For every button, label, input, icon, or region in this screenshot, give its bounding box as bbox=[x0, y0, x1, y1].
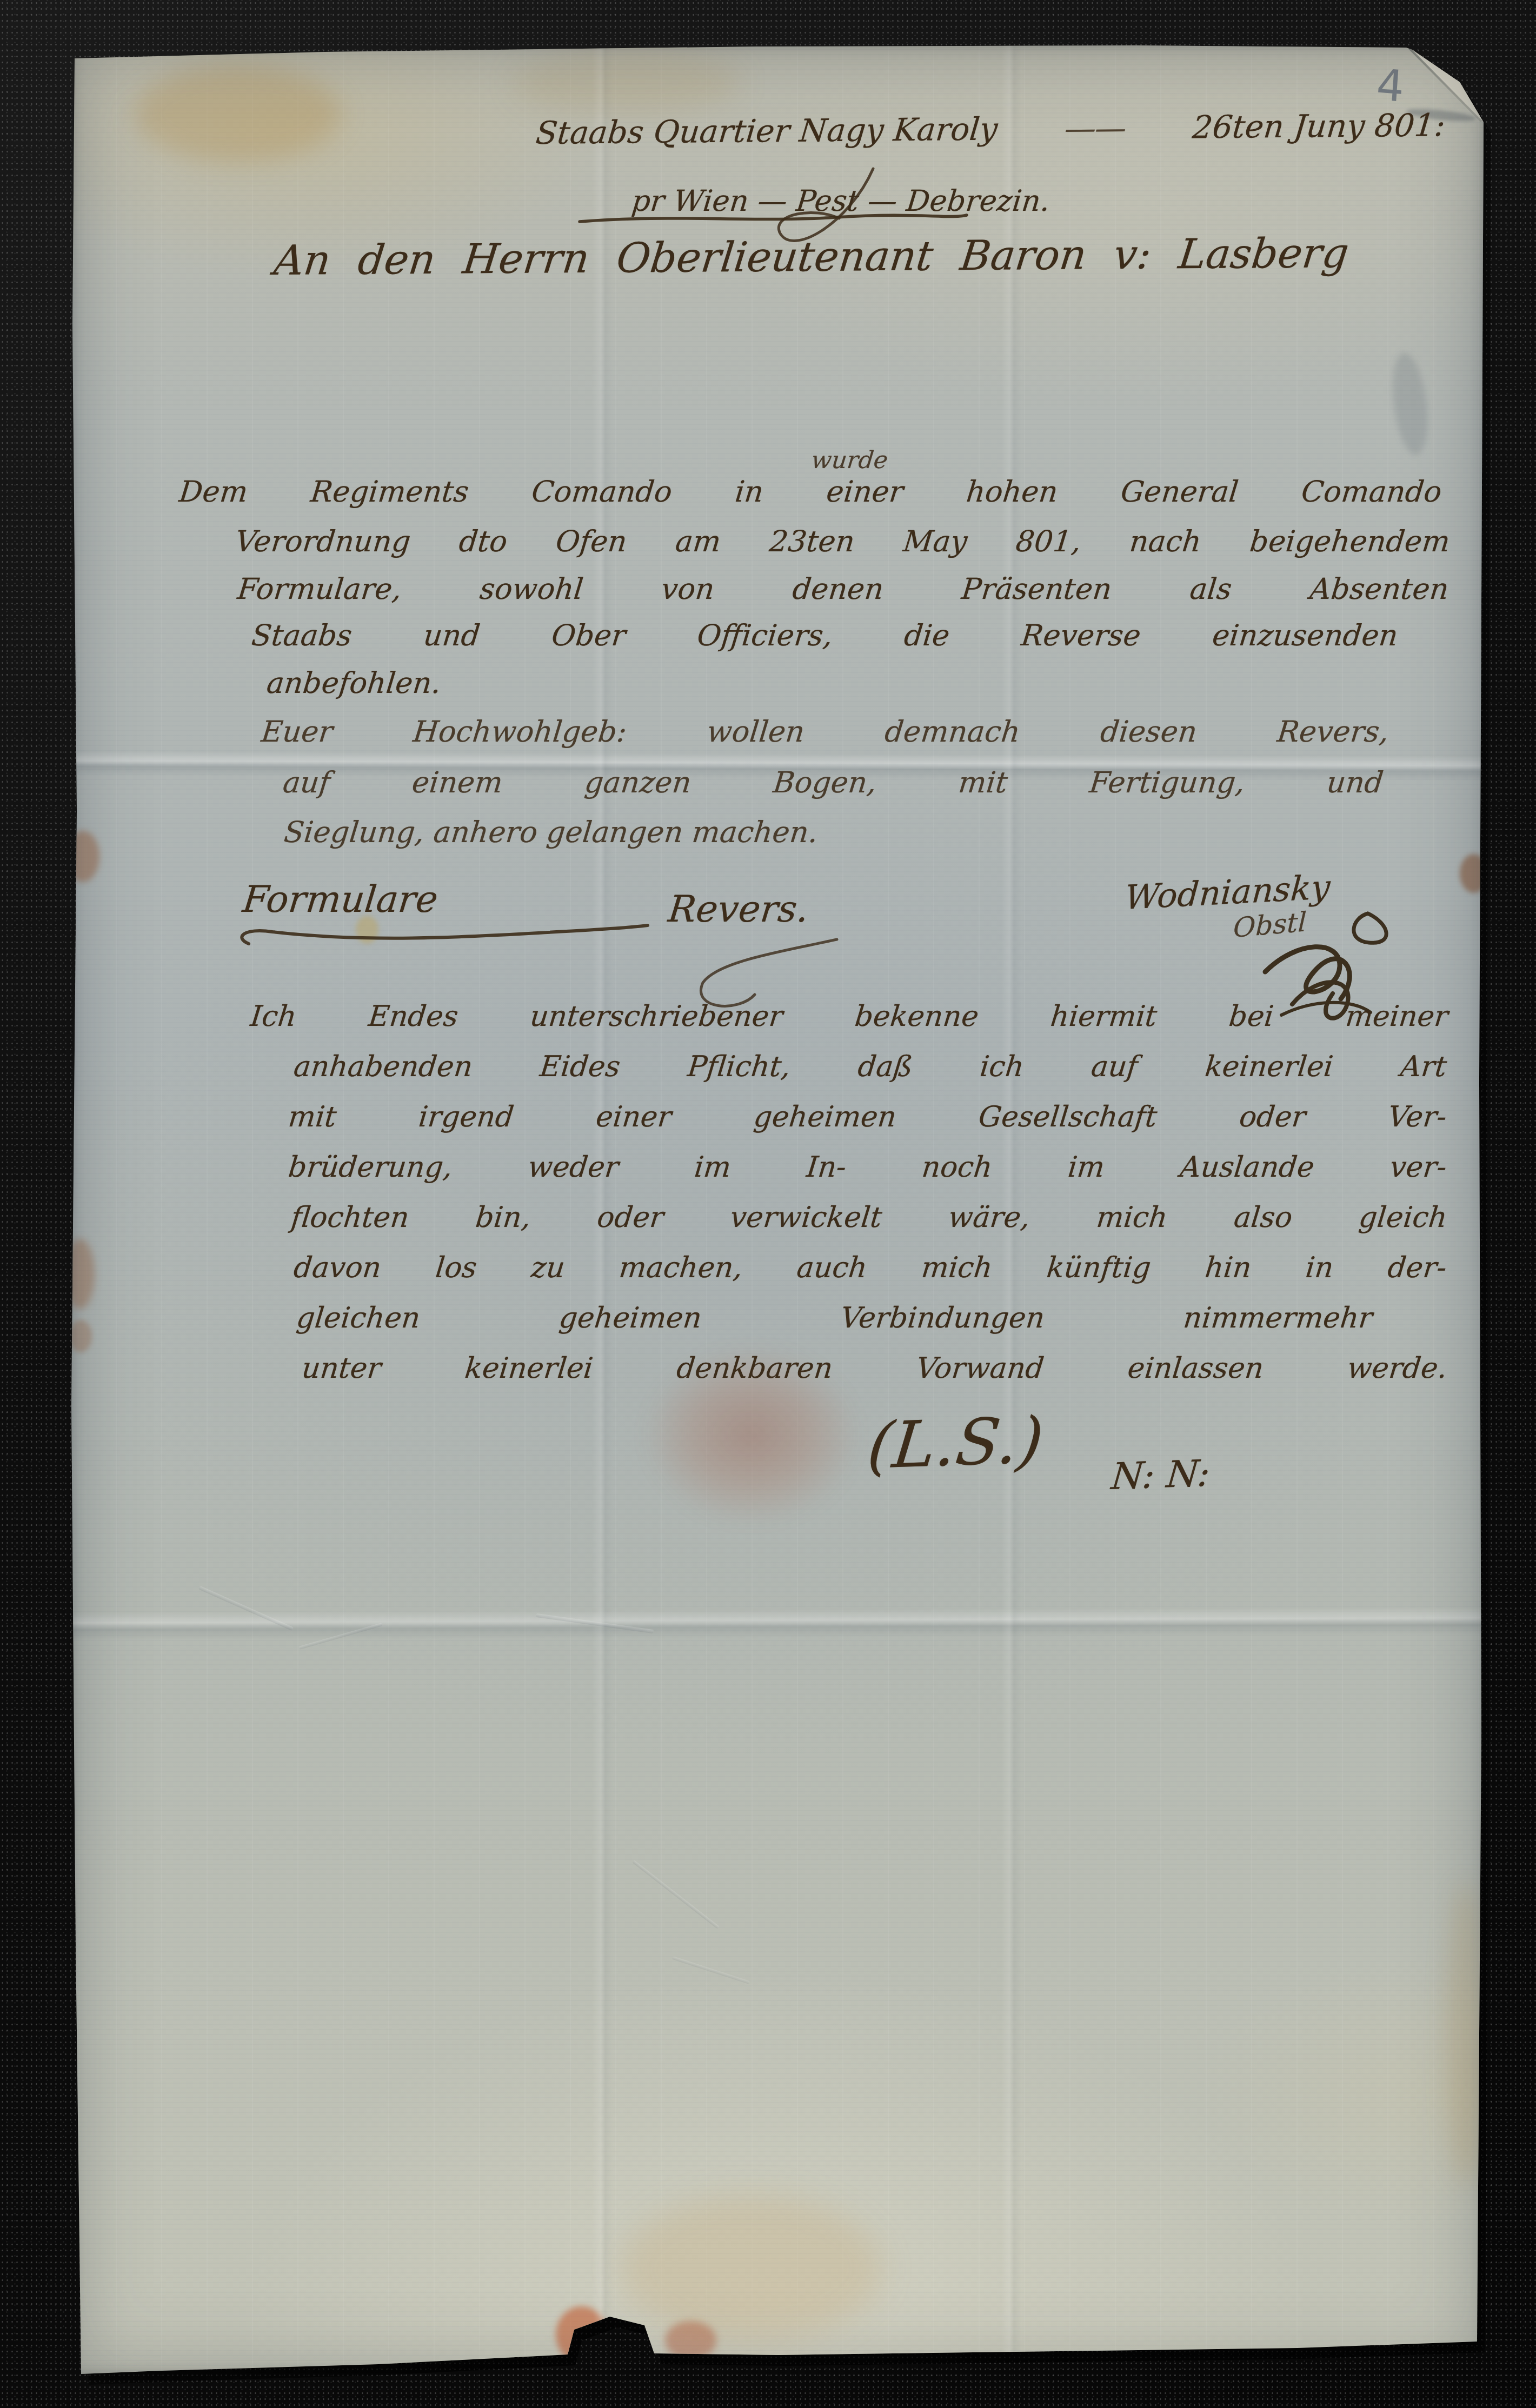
paper-edge-shading bbox=[70, 44, 1484, 2375]
letter-page: 4 Staabs Quartier Nagy Karoly —— 26ten J… bbox=[70, 44, 1484, 2375]
photo-stage: 4 Staabs Quartier Nagy Karoly —— 26ten J… bbox=[0, 0, 1536, 2408]
